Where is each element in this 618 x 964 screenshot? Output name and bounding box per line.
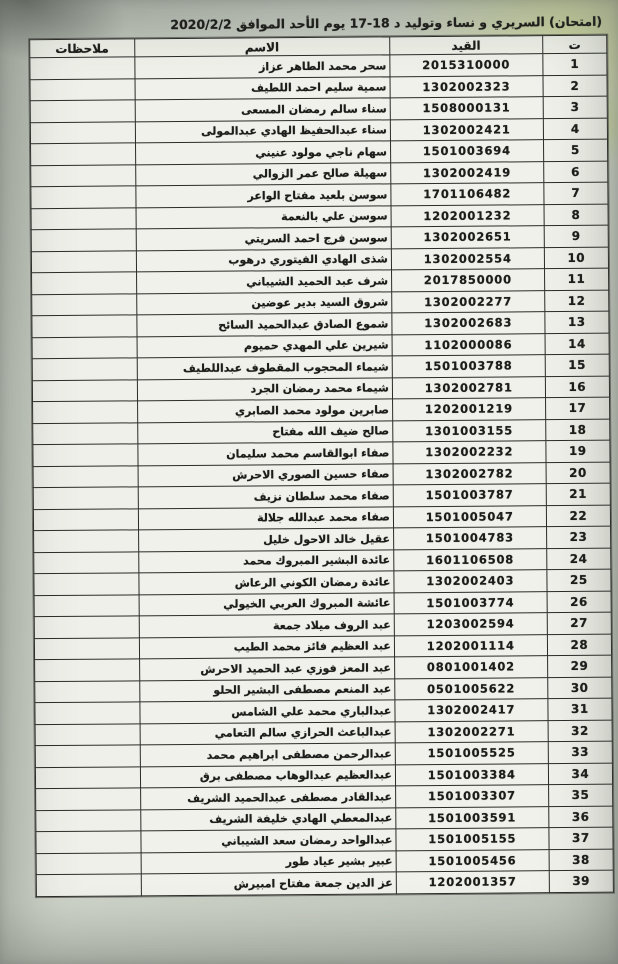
cell-row-number: 33 — [548, 741, 612, 763]
cell-row-number: 4 — [543, 118, 607, 140]
cell-registration-id: 1701106482 — [391, 183, 544, 206]
cell-registration-id: 1302002271 — [395, 720, 548, 743]
cell-student-name: عائدة رمضان الكوني الرعاش — [138, 571, 393, 595]
cell-registration-id: 1302002421 — [390, 118, 543, 141]
cell-notes — [31, 164, 136, 186]
cell-row-number: 38 — [549, 849, 613, 871]
cell-notes — [33, 401, 138, 423]
cell-notes — [33, 487, 138, 509]
cell-notes — [33, 422, 138, 444]
cell-notes — [32, 293, 137, 315]
cell-row-number: 6 — [543, 161, 607, 183]
cell-registration-id: 1501003774 — [394, 591, 547, 614]
cell-student-name: عائدة البشير المبروك محمد — [138, 549, 393, 573]
cell-notes — [35, 680, 140, 702]
cell-student-name: سهيلة صالح عمر الزوالي — [135, 162, 390, 186]
cell-student-name: سناء عبدالحفيظ الهادي عبدالمولى — [135, 119, 390, 143]
cell-student-name: سمية سليم احمد اللطيف — [135, 76, 390, 100]
cell-registration-id: 1203002594 — [394, 613, 547, 636]
cell-student-name: صفاء محمد سلطان نزيف — [138, 485, 393, 509]
cell-student-name: سناء سالم رمضان المسعى — [135, 98, 390, 122]
cell-row-number: 19 — [546, 440, 610, 462]
cell-notes — [36, 874, 141, 896]
col-header-notes: ملاحظات — [30, 39, 135, 58]
cell-student-name: شيماء محمد رمضان الجرد — [137, 377, 392, 401]
cell-student-name: عقيل خالد الاحول خليل — [138, 528, 393, 552]
cell-registration-id: 2015310000 — [390, 54, 543, 77]
cell-registration-id: 1301003155 — [393, 419, 546, 442]
cell-student-name: عبد المعز فوزي عبد الحميد الاحرش — [139, 657, 394, 681]
cell-student-name: عبدالواحد رمضان سعد الشيباني — [140, 829, 395, 853]
cell-notes — [36, 788, 141, 810]
cell-row-number: 32 — [548, 720, 612, 742]
cell-row-number: 28 — [547, 634, 611, 656]
cell-row-number: 24 — [546, 548, 610, 570]
cell-row-number: 17 — [545, 397, 609, 419]
cell-registration-id: 0801001402 — [394, 656, 547, 679]
cell-row-number: 1 — [542, 53, 606, 75]
cell-row-number: 5 — [543, 139, 607, 161]
cell-registration-id: 1508000131 — [390, 97, 543, 120]
cell-row-number: 25 — [547, 569, 611, 591]
cell-notes — [35, 745, 140, 767]
col-header-id: القيد — [390, 36, 543, 55]
cell-row-number: 34 — [548, 763, 612, 785]
cell-registration-id: 1501003788 — [392, 355, 545, 378]
cell-notes — [30, 57, 135, 79]
document-content: (امتحان) السريري و نساء وتوليد د 18-17 ي… — [6, 12, 618, 897]
cell-registration-id: 1501005456 — [396, 849, 549, 872]
cell-notes — [35, 723, 140, 745]
cell-registration-id: 2017850000 — [391, 269, 544, 292]
cell-notes — [35, 702, 140, 724]
cell-row-number: 12 — [544, 290, 608, 312]
cell-registration-id: 1202001357 — [396, 871, 549, 894]
cell-notes — [36, 809, 141, 831]
cell-row-number: 36 — [548, 806, 612, 828]
cell-student-name: عبدالرحمن مصطفى ابراهيم محمد — [140, 743, 395, 767]
cell-row-number: 21 — [546, 483, 610, 505]
cell-student-name: سوسن بلعيد مفتاح الواعر — [135, 184, 390, 208]
cell-notes — [33, 444, 138, 466]
cell-registration-id: 1501005525 — [395, 742, 548, 765]
cell-student-name: سوسن علي بالنعمة — [136, 205, 391, 229]
cell-registration-id: 1302002782 — [393, 462, 546, 485]
cell-notes — [34, 594, 139, 616]
cell-student-name: عبير بشير عياد طور — [141, 850, 396, 874]
scan-shade-bottom — [0, 904, 618, 964]
cell-row-number: 14 — [545, 333, 609, 355]
cell-student-name: سهام ناجي مولود عنيني — [135, 141, 390, 165]
cell-registration-id: 1501005155 — [396, 828, 549, 851]
cell-student-name: عبد المنعم مصطفى البشير الحلو — [139, 678, 394, 702]
cell-student-name: صفاء محمد عبدالله جلالة — [138, 506, 393, 530]
cell-notes — [32, 272, 137, 294]
cell-notes — [33, 508, 138, 530]
cell-registration-id: 1302002651 — [391, 226, 544, 249]
cell-row-number: 26 — [547, 591, 611, 613]
cell-row-number: 30 — [547, 677, 611, 699]
student-roster-table: ت القيد الاسم ملاحظات 1 2015310000 سحر م… — [29, 35, 614, 897]
cell-row-number: 7 — [544, 182, 608, 204]
cell-registration-id: 1501003384 — [395, 763, 548, 786]
cell-student-name: عبد العظيم فائز محمد الطيب — [139, 635, 394, 659]
cell-student-name: شذى الهادي الفيتوري درهوب — [136, 248, 391, 272]
cell-row-number: 3 — [543, 96, 607, 118]
cell-registration-id: 1501003591 — [396, 806, 549, 829]
cell-row-number: 8 — [544, 204, 608, 226]
cell-notes — [34, 637, 139, 659]
cell-registration-id: 1501005047 — [393, 505, 546, 528]
cell-student-name: سحر محمد الطاهر عزاز — [134, 55, 389, 79]
cell-row-number: 2 — [543, 75, 607, 97]
cell-registration-id: 1202001114 — [394, 634, 547, 657]
cell-registration-id: 1302002277 — [392, 290, 545, 313]
cell-notes — [34, 616, 139, 638]
cell-row-number: 37 — [549, 827, 613, 849]
cell-notes — [34, 551, 139, 573]
cell-notes — [35, 659, 140, 681]
cell-student-name: عبدالباري محمد علي الشامس — [139, 700, 394, 724]
cell-student-name: عز الدين جمعة مفتاح امبيرش — [141, 872, 396, 896]
cell-row-number: 35 — [548, 784, 612, 806]
cell-row-number: 13 — [545, 311, 609, 333]
cell-notes — [30, 100, 135, 122]
cell-notes — [31, 207, 136, 229]
cell-student-name: صفاء ابوالقاسم محمد سليمان — [137, 442, 392, 466]
cell-row-number: 23 — [546, 526, 610, 548]
cell-notes — [30, 78, 135, 100]
cell-student-name: عبدالعظيم عبدالوهاب مصطفى برق — [140, 764, 395, 788]
cell-row-number: 39 — [549, 870, 613, 892]
cell-registration-id: 1302002419 — [391, 161, 544, 184]
cell-registration-id: 1501003694 — [390, 140, 543, 163]
cell-student-name: سوسن فرج احمد السريتي — [136, 227, 391, 251]
cell-registration-id: 1302002554 — [391, 247, 544, 270]
cell-registration-id: 1501003307 — [395, 785, 548, 808]
cell-notes — [34, 573, 139, 595]
cell-student-name: شروق السيد بدير عوضين — [136, 291, 391, 315]
scanned-page: (امتحان) السريري و نساء وتوليد د 18-17 ي… — [0, 0, 618, 964]
cell-registration-id: 1302002232 — [393, 441, 546, 464]
cell-row-number: 31 — [548, 698, 612, 720]
cell-registration-id: 0501005622 — [395, 677, 548, 700]
cell-registration-id: 1501004783 — [393, 527, 546, 550]
cell-registration-id: 1202001219 — [392, 398, 545, 421]
cell-notes — [36, 831, 141, 853]
cell-student-name: شموع الصادق عبدالحميد السائح — [136, 313, 391, 337]
cell-registration-id: 1302002781 — [392, 376, 545, 399]
cell-registration-id: 1501003787 — [393, 484, 546, 507]
cell-student-name: عائشة المبروك العربي الخيولي — [139, 592, 394, 616]
col-header-index: ت — [542, 35, 606, 54]
cell-registration-id: 1302002417 — [395, 699, 548, 722]
cell-registration-id: 1102000086 — [392, 333, 545, 356]
col-header-name: الاسم — [134, 37, 389, 57]
cell-student-name: شيماء المحجوب المقطوف عبداللطيف — [137, 356, 392, 380]
cell-notes — [32, 379, 137, 401]
cell-row-number: 9 — [544, 225, 608, 247]
cell-notes — [32, 336, 137, 358]
cell-student-name: صالح ضيف الله مفتاح — [137, 420, 392, 444]
cell-student-name: عبد الروف ميلاد جمعة — [139, 614, 394, 638]
cell-notes — [35, 766, 140, 788]
cell-row-number: 29 — [547, 655, 611, 677]
student-table-body: 1 2015310000 سحر محمد الطاهر عزاز 2 1302… — [30, 53, 614, 896]
cell-notes — [32, 358, 137, 380]
cell-notes — [36, 852, 141, 874]
cell-student-name: عبدالمعطي الهادي خليفة الشريف — [140, 807, 395, 831]
cell-row-number: 20 — [546, 462, 610, 484]
cell-notes — [31, 229, 136, 251]
cell-notes — [32, 315, 137, 337]
cell-notes — [31, 250, 136, 272]
cell-student-name: صفاء حسين الصوري الاحرش — [138, 463, 393, 487]
cell-student-name: عبدالباعث الحرازي سالم التعامي — [140, 721, 395, 745]
cell-student-name: عبدالقادر مصطفى عبدالحميد الشريف — [140, 786, 395, 810]
cell-notes — [31, 186, 136, 208]
cell-row-number: 22 — [546, 505, 610, 527]
cell-row-number: 27 — [547, 612, 611, 634]
cell-row-number: 15 — [545, 354, 609, 376]
cell-student-name: شيرين علي المهدي حميوم — [137, 334, 392, 358]
cell-notes — [30, 121, 135, 143]
cell-notes — [31, 143, 136, 165]
cell-notes — [33, 465, 138, 487]
cell-registration-id: 1302002683 — [392, 312, 545, 335]
cell-student-name: شرف عبد الحميد الشيباني — [136, 270, 391, 294]
table-row: 39 1202001357 عز الدين جمعة مفتاح امبيرش — [36, 870, 613, 896]
cell-row-number: 16 — [545, 376, 609, 398]
cell-registration-id: 1302002403 — [394, 570, 547, 593]
cell-row-number: 18 — [545, 419, 609, 441]
cell-registration-id: 1601106508 — [394, 548, 547, 571]
cell-registration-id: 1302002323 — [390, 75, 543, 98]
cell-student-name: صابرين مولود محمد الصابري — [137, 399, 392, 423]
cell-notes — [34, 530, 139, 552]
cell-row-number: 11 — [544, 268, 608, 290]
cell-row-number: 10 — [544, 247, 608, 269]
cell-registration-id: 1202001232 — [391, 204, 544, 227]
